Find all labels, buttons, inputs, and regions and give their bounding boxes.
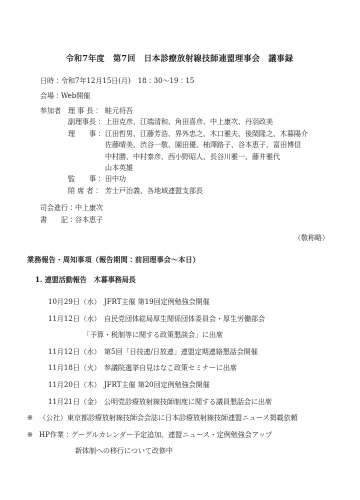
activity-item: 11月12日（水） 第5回「日技連/日放連」連盟定期連絡懇話会開催 [48,344,332,361]
moderator-line: 司会進行：中上康次 [40,203,332,214]
activity-continuation: 「予算・税制等に関する政策懇談会」に出席 [83,327,332,344]
activity-item: 10月29日（水） JFRT主催 第19回定例勉強会開催 [48,294,332,311]
participant-row: 佐藤晴美、渋谷一敬、園田優、柚澤路子、谷本恵子、富田博信 [40,140,332,151]
note-item: ※ HP作業：グーグルカレンダー予定追加、連盟ニュース・定例勉強会アップ [27,427,332,444]
participant-role: 理 事： [68,129,105,140]
participants-label-spacer [40,129,68,140]
participant-names: 芳士戸治義、各地域連盟支部長 [105,186,332,197]
meeting-venue: 会場：Web開催 [40,89,332,104]
participant-names: 畦元将吾 [105,106,332,117]
activity-text: JFRT主催 第19回定例勉強会開催 [104,294,332,311]
note-text: （公社）東京都診療放射線技師会会誌に日本診療放射線技師連盟ニュース掲載依頼 [39,410,332,427]
participant-row: 参加者 理 事 長： 畦元将吾 [40,106,332,117]
meeting-datetime: 日時：令和7年12月15日(月) 18：30～19：15 [40,74,332,89]
participants-label-spacer [40,140,68,151]
note-marker: ※ [27,427,39,444]
note-text: HP作業：グーグルカレンダー予定追加、連盟ニュース・定例勉強会アップ [39,427,332,444]
participant-role: 副理事長： [68,117,105,128]
participant-names: 山本英雄 [105,163,332,174]
participant-row: 副理事長： 上田克彦、江端清和、角田喜彦、中上康次、丹羽政美 [40,117,332,128]
activity-text: 参議院選挙自見はなこ政策セミナーに出席 [104,360,332,377]
participant-role: 理 事 長： [68,106,105,117]
moderator-secretary-block: 司会進行：中上康次 書 記：谷本恵子 [40,203,332,226]
activity-text: 自民党団体総局厚生関係団体委員会・厚生労働部会 [104,311,332,328]
meeting-meta: 日時：令和7年12月15日(月) 18：30～19：15 会場：Web開催 [40,74,332,104]
participants-label: 参加者 [40,106,68,117]
participant-names: 田中功 [105,174,332,185]
participant-role [68,152,105,163]
participants-label-spacer [40,163,68,174]
agenda-item-1-heading: 1. 連盟活動報告 木暮事務局長 [35,274,332,285]
participant-row: 中村勝、中村泰彦、西小野昭人、長谷川雅一、藤井雅代 [40,152,332,163]
activity-text: JFRT主催 第20回定例勉強会開催 [104,377,332,394]
section-heading: 業務報告・周知事項（報告期間：前回理事会～本日） [27,254,332,265]
honorifics-note: （敬称略） [27,233,332,243]
participants-label-spacer [40,186,68,197]
note-item: ※ （公社）東京都診療放射線技師会会誌に日本診療放射線技師連盟ニュース掲載依頼 [27,410,332,427]
participant-row: 理 事： 江田哲男、江藤芳浩、界外忠之、木口雅夫、後閑隆之、木暮陽介 [40,129,332,140]
participant-role [68,140,105,151]
activity-item: 11月18日（火） 参議院選挙自見はなこ政策セミナーに出席 [48,360,332,377]
participants-label-spacer [40,152,68,163]
activity-date: 11月12日（水） [48,344,104,361]
activity-item: 11月12日（水） 自民党団体総局厚生関係団体委員会・厚生労働部会 [48,311,332,328]
activity-date: 11月18日（火） [48,360,104,377]
participant-role: 監 事： [68,174,105,185]
participant-row: 監 事： 田中功 [40,174,332,185]
note-continuation: 新体制への移行について改修中 [75,443,332,460]
activity-date: 11月21日（金） [48,394,104,411]
activity-text: 公明党診療放射線技師制度に関する議員懇話会に出席 [104,394,332,411]
participant-names: 江田哲男、江藤芳浩、界外忠之、木口雅夫、後閑隆之、木暮陽介 [105,129,332,140]
participants-block: 参加者 理 事 長： 畦元将吾 副理事長： 上田克彦、江端清和、角田喜彦、中上康… [40,106,332,197]
secretary-line: 書 記：谷本恵子 [40,215,332,226]
document-title: 令和7年度 第7回 日本診療放射線技師連盟理事会 議事録 [27,52,332,64]
participant-row: 山本英雄 [40,163,332,174]
participant-role [68,163,105,174]
activity-report-list: 10月29日（水） JFRT主催 第19回定例勉強会開催 11月12日（水） 自… [48,294,332,410]
activity-date: 11月12日（水） [48,311,104,328]
participant-names: 佐藤晴美、渋谷一敬、園田優、柚澤路子、谷本恵子、富田博信 [105,140,332,151]
participants-label-spacer [40,174,68,185]
participant-role: 陪 席 者： [68,186,105,197]
activity-item: 11月21日（金） 公明党診療放射線技師制度に関する議員懇話会に出席 [48,394,332,411]
participants-label-spacer [40,117,68,128]
notes-list: ※ （公社）東京都診療放射線技師会会誌に日本診療放射線技師連盟ニュース掲載依頼 … [27,410,332,460]
activity-date: 10月29日（水） [48,294,104,311]
participant-names: 上田克彦、江端清和、角田喜彦、中上康次、丹羽政美 [105,117,332,128]
activity-item: 11月20日（木） JFRT主催 第20回定例勉強会開催 [48,377,332,394]
participant-row: 陪 席 者： 芳士戸治義、各地域連盟支部長 [40,186,332,197]
minutes-document-page: 令和7年度 第7回 日本診療放射線技師連盟理事会 議事録 日時：令和7年12月1… [0,0,360,500]
note-marker: ※ [27,410,39,427]
activity-date: 11月20日（木） [48,377,104,394]
activity-text: 第5回「日技連/日放連」連盟定期連絡懇話会開催 [104,344,332,361]
participant-names: 中村勝、中村泰彦、西小野昭人、長谷川雅一、藤井雅代 [105,152,332,163]
